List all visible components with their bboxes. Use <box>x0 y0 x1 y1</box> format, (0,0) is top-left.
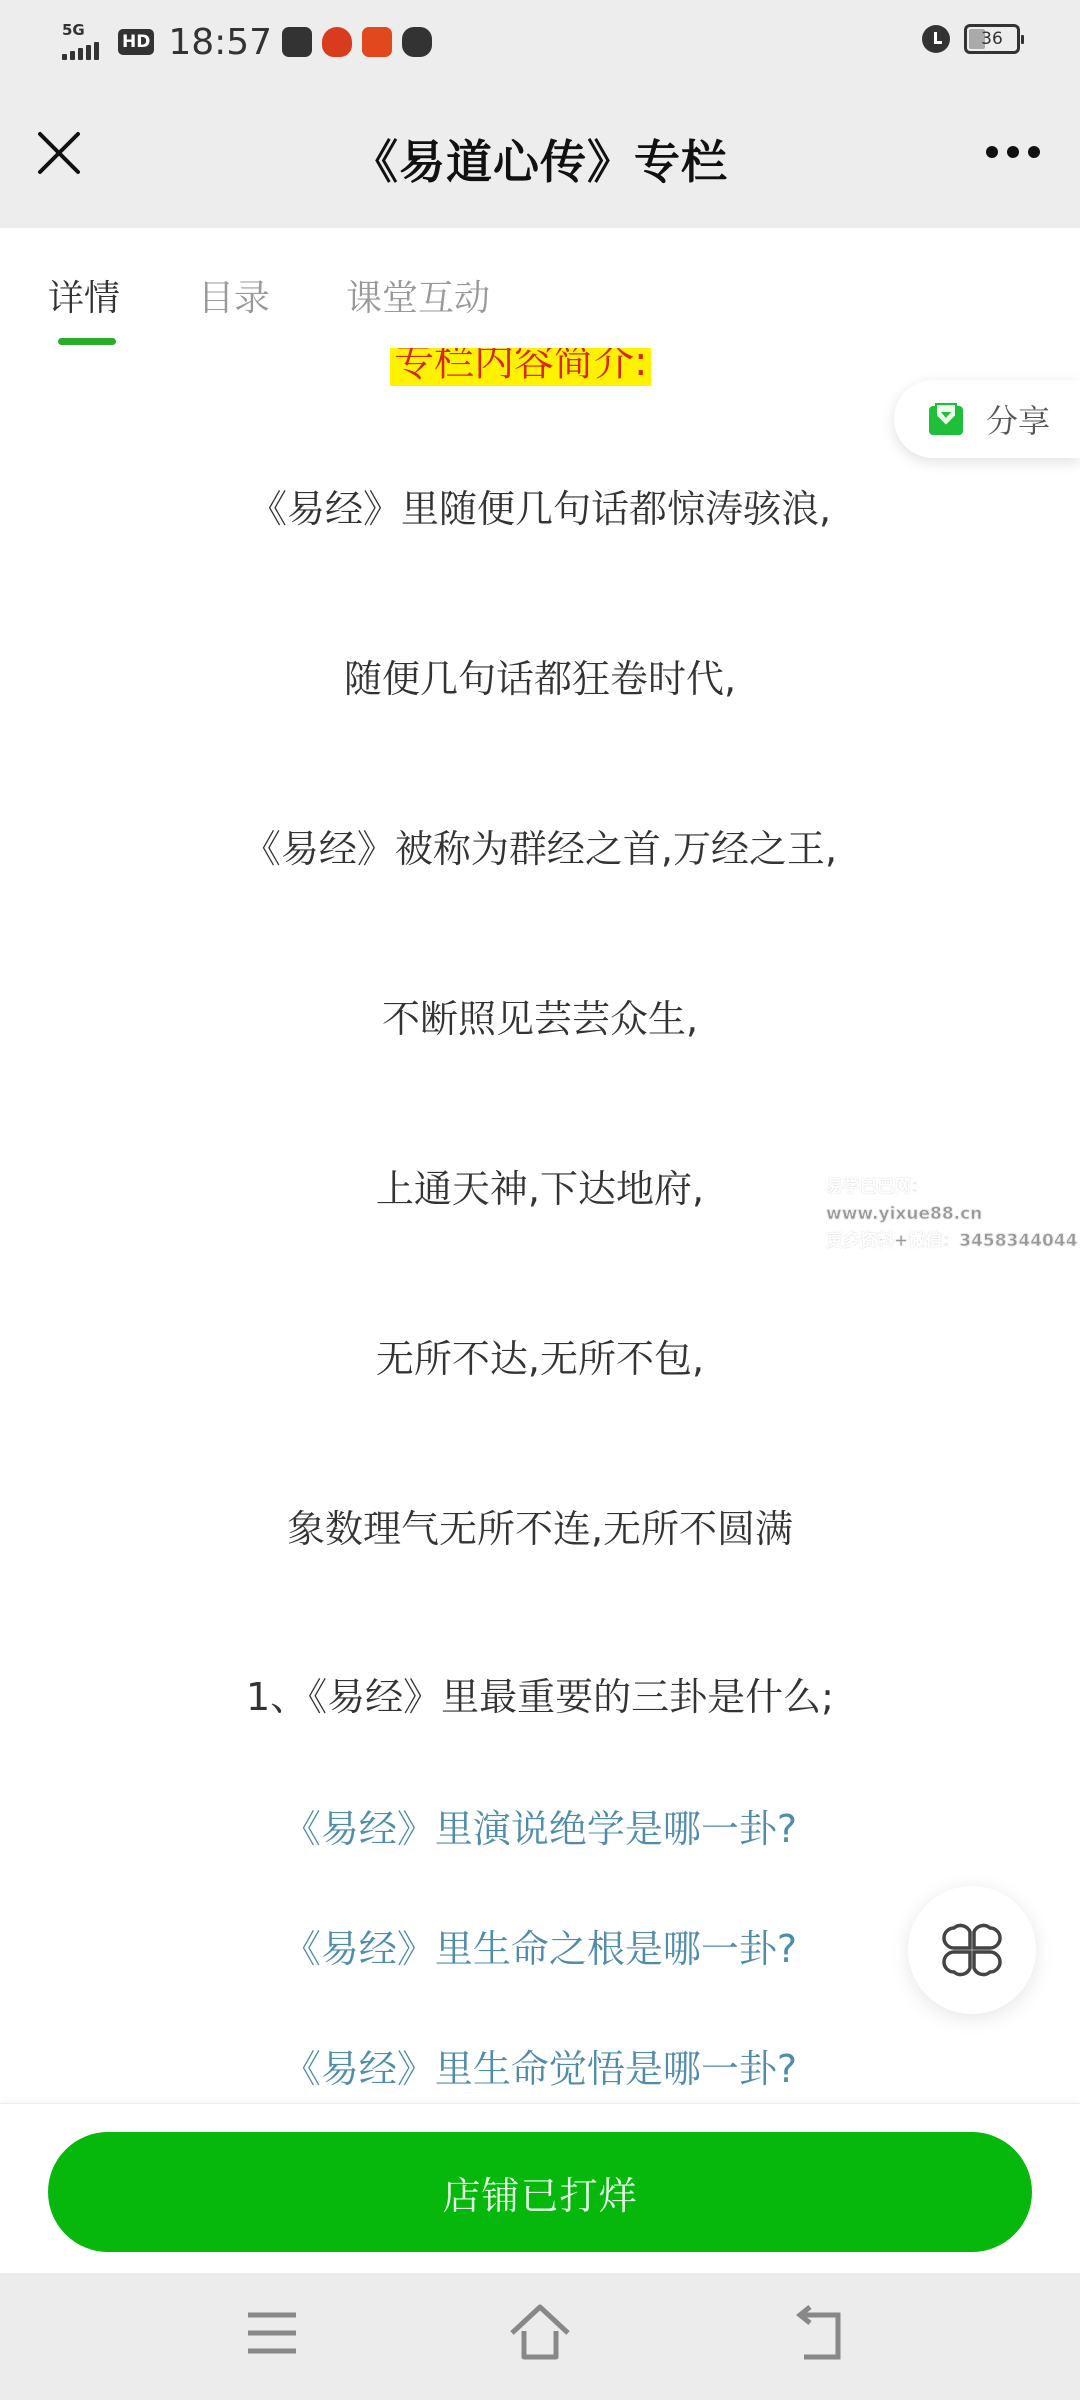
clover-menu-icon <box>942 1920 1002 1980</box>
nav-bar: 《易道心传》专栏 <box>0 84 1080 228</box>
page-title: 《易道心传》专栏 <box>0 126 1080 192</box>
bottom-action-bar: 店铺已打烊 <box>0 2103 1080 2273</box>
battery-percent: 36 <box>981 29 1003 49</box>
intro-heading: 专栏内容简介: <box>390 348 651 386</box>
red-app-icon <box>322 27 352 57</box>
share-button[interactable]: 分享 <box>894 380 1080 458</box>
clock: 18:57 <box>168 22 272 63</box>
menu-icon[interactable] <box>240 2301 304 2365</box>
tab-bar: 详情 目录 课堂互动 <box>0 228 1080 348</box>
tab-details[interactable]: 详情 <box>48 270 120 321</box>
cellular-signal-icon: 5G <box>62 22 108 62</box>
paragraph: 《易经》里随便几句话都惊涛骇浪, <box>0 478 1080 533</box>
home-icon[interactable] <box>508 2301 572 2365</box>
question-item: 《易经》里演说绝学是哪一卦? <box>0 1798 1080 1853</box>
question-item: 《易经》里生命觉悟是哪一卦? <box>0 2038 1080 2093</box>
active-tab-indicator <box>58 338 116 345</box>
battery-icon: 36 <box>964 24 1020 54</box>
paragraph: 随便几句话都狂卷时代, <box>0 648 1080 703</box>
hd-badge: HD <box>118 29 154 55</box>
more-icon[interactable] <box>986 146 1040 158</box>
system-navigation-bar <box>0 2273 1080 2400</box>
store-closed-button[interactable]: 店铺已打烊 <box>48 2132 1032 2252</box>
share-label: 分享 <box>986 396 1050 442</box>
paragraph: 不断照见芸芸众生, <box>0 988 1080 1043</box>
network-type: 5G <box>62 22 108 38</box>
game-controller-icon <box>282 27 312 57</box>
status-bar: 5G HD 18:57 36 <box>0 0 1080 84</box>
watermark-line: 更多资料+微信：3458344044 <box>826 1228 1080 1255</box>
float-menu-button[interactable] <box>908 1886 1036 2014</box>
bull-app-icon <box>402 27 432 57</box>
share-icon <box>928 402 964 436</box>
paragraph: 象数理气无所不连,无所不圆满 <box>0 1498 1080 1553</box>
back-icon[interactable] <box>790 2301 854 2365</box>
paragraph: 《易经》被称为群经之首,万经之王, <box>0 818 1080 873</box>
orange-app-icon <box>362 27 392 57</box>
paragraph: 无所不达,无所不包, <box>0 1328 1080 1383</box>
paragraph: 1、《易经》里最重要的三卦是什么; <box>0 1666 1080 1721</box>
watermark-line: 易学巴巴网：www.yixue88.cn <box>826 1174 1080 1228</box>
watermark: 易学巴巴网：www.yixue88.cn 更多资料+微信：3458344044 <box>826 1174 1080 1255</box>
tab-interaction[interactable]: 课堂互动 <box>346 270 490 321</box>
tab-catalog[interactable]: 目录 <box>198 270 270 321</box>
alarm-icon <box>922 25 950 53</box>
